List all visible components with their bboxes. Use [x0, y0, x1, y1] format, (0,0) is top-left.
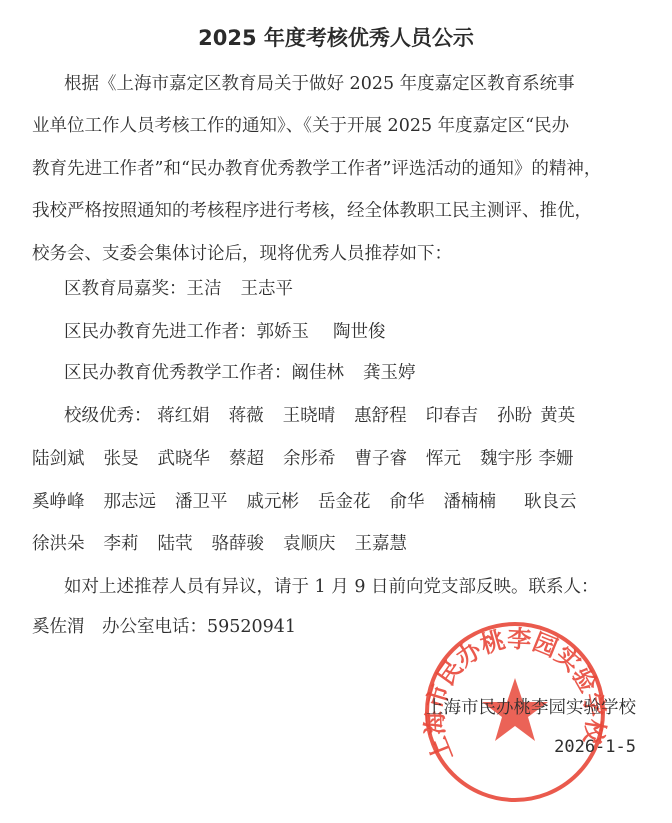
name: 黄英: [540, 406, 575, 426]
name: 陆茕: [158, 534, 193, 554]
award-name: 龚玉婷: [363, 363, 416, 383]
name: 恽元: [426, 449, 461, 469]
name: 俞华: [390, 492, 425, 512]
name: 印春吉: [426, 406, 479, 426]
name: 王嘉慧: [355, 534, 408, 554]
name: 奚峥峰: [32, 492, 85, 512]
award-advanced-worker: 区民办教育先进工作者：郭娇玉陶世俊: [64, 318, 405, 343]
name: 王晓晴: [283, 406, 336, 426]
school-level-row-3: 奚峥峰那志远潘卫平戚元彬岳金花俞华潘楠楠耿良云: [32, 488, 596, 513]
award-name: 郭娇玉: [257, 322, 310, 342]
name: 李姗: [539, 449, 574, 469]
award-label: 区教育局嘉奖：: [64, 279, 187, 299]
name: 潘楠楠: [444, 492, 497, 512]
name: 袁顺庆: [283, 534, 336, 554]
intro-line-1: 根据《上海市嘉定区教育局关于做好 2025 年度嘉定区教育系统事: [64, 70, 575, 95]
name: 惠舒程: [354, 406, 407, 426]
award-label: 区民办教育优秀教学工作者：: [64, 363, 292, 383]
award-district-commendation: 区教育局嘉奖：王洁王志平: [64, 275, 312, 300]
award-excellent-teacher: 区民办教育优秀教学工作者：阚佳林龚玉婷: [64, 359, 435, 384]
award-name: 王志平: [241, 279, 294, 299]
signature-school-name: 上海市民办桃李园实验学校: [426, 694, 636, 719]
name: 魏宇彤: [480, 449, 533, 469]
name: 张旻: [104, 449, 139, 469]
name: 耿良云: [524, 492, 577, 512]
name: 孙盼: [497, 406, 532, 426]
intro-line-4: 我校严格按照通知的考核程序进行考核，经全体教职工民主测评、推优，: [32, 197, 592, 222]
name: 徐洪朵: [32, 534, 85, 554]
document-title: 2025 年度考核优秀人员公示: [0, 22, 672, 52]
school-level-row-4: 徐洪朵李莉陆茕骆薛骏袁顺庆王嘉慧: [32, 530, 426, 555]
name: 陆剑斌: [32, 449, 85, 469]
name: 蒋薇: [229, 406, 264, 426]
award-name: 王洁: [187, 279, 222, 299]
award-name: 陶世俊: [333, 322, 386, 342]
intro-line-3: 教育先进工作者”和“民办教育优秀教学工作者”评选活动的通知》的精神，: [32, 155, 601, 180]
school-level-row-2: 陆剑斌张旻武晓华蔡超余彤希曹子睿恽元魏宇彤李姗: [32, 445, 593, 470]
award-name: 阚佳林: [292, 363, 345, 383]
objection-notice: 如对上述推荐人员有异议，请于 1 月 9 日前向党支部反映。联系人：: [64, 573, 599, 598]
name: 潘卫平: [175, 492, 228, 512]
school-level-label: 校级优秀：: [64, 406, 152, 426]
intro-line-5: 校务会、支委会集体讨论后，现将优秀人员推荐如下：: [32, 240, 452, 265]
name: 岳金花: [318, 492, 371, 512]
name: 曹子睿: [355, 449, 408, 469]
name: 武晓华: [158, 449, 211, 469]
name: 那志远: [104, 492, 157, 512]
school-level-row-1: 校级优秀： 蒋红娟蒋薇王晓晴惠舒程印春吉孙盼黄英: [64, 402, 594, 427]
name: 李莉: [104, 534, 139, 554]
award-label: 区民办教育先进工作者：: [64, 322, 257, 342]
name: 骆薛骏: [212, 534, 265, 554]
intro-line-2: 业单位工作人员考核工作的通知》、《关于开展 2025 年度嘉定区“民办: [32, 112, 569, 137]
name: 蒋红娟: [157, 406, 210, 426]
name: 戚元彬: [247, 492, 300, 512]
name: 余彤希: [283, 449, 336, 469]
signature-date: 2026-1-5: [554, 737, 636, 757]
contact-info: 奚佐渭 办公室电话：59520941: [32, 613, 296, 638]
name: 蔡超: [229, 449, 264, 469]
